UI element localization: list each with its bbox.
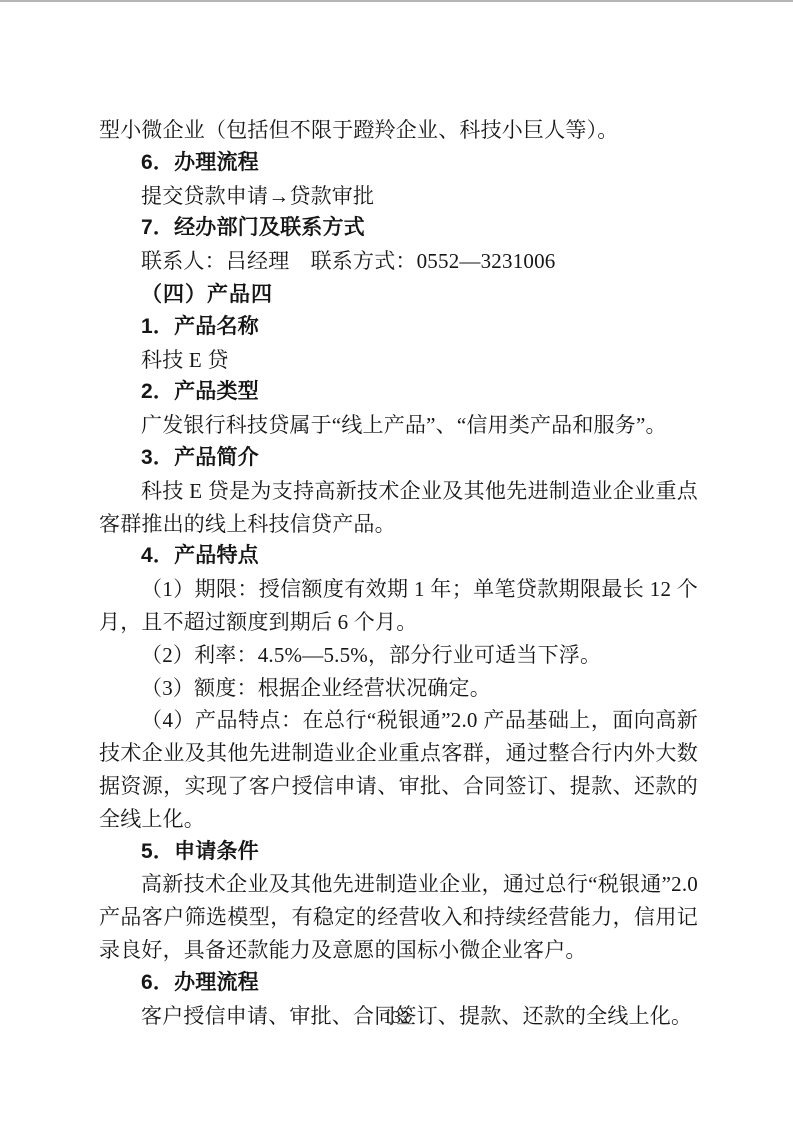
product-name: 科技 E 贷 xyxy=(99,344,698,377)
document-page: { "page": { "colors": { "background": "#… xyxy=(0,0,793,1122)
feature-item-1: （1）期限：授信额度有效期 1 年；单笔贷款期限最长 12 个月，且不超过额度到… xyxy=(99,573,698,639)
section-heading-product-4: （四）产品四 xyxy=(99,278,698,311)
paragraph: 高新技术企业及其他先进制造业企业，通过总行“税银通”2.0 产品客户筛选模型，有… xyxy=(99,868,698,966)
paragraph: 科技 E 贷是为支持高新技术企业及其他先进制造业企业重点客群推出的线上科技信贷产… xyxy=(99,475,698,541)
document-body: 型小微企业（包括但不限于蹬羚企业、科技小巨人等）。 6．办理流程 提交贷款申请→… xyxy=(99,114,698,1032)
heading-6-process-2: 6．办理流程 xyxy=(99,967,698,1000)
paragraph: 广发银行科技贷属于“线上产品”、“信用类产品和服务”。 xyxy=(99,409,698,442)
heading-3-intro: 3．产品简介 xyxy=(99,442,698,475)
paragraph-continued: 型小微企业（包括但不限于蹬羚企业、科技小巨人等）。 xyxy=(99,114,698,147)
heading-1-name: 1．产品名称 xyxy=(99,311,698,344)
page-number: 132 xyxy=(0,1004,793,1030)
paragraph: 提交贷款申请→贷款审批 xyxy=(99,180,698,213)
feature-item-4: （4）产品特点：在总行“税银通”2.0 产品基础上，面向高新技术企业及其他先进制… xyxy=(99,704,698,835)
contact-line: 联系人：吕经理 联系方式：0552—3231006 xyxy=(99,245,698,278)
feature-item-3: （3）额度：根据企业经营状况确定。 xyxy=(99,672,698,705)
heading-7-contact: 7．经办部门及联系方式 xyxy=(99,212,698,245)
heading-4-features: 4．产品特点 xyxy=(99,540,698,573)
scan-edge-artifact xyxy=(0,0,793,2)
heading-6-process: 6．办理流程 xyxy=(99,147,698,180)
heading-2-type: 2．产品类型 xyxy=(99,376,698,409)
feature-item-2: （2）利率：4.5%—5.5%，部分行业可适当下浮。 xyxy=(99,639,698,672)
heading-5-conditions: 5．申请条件 xyxy=(99,836,698,869)
